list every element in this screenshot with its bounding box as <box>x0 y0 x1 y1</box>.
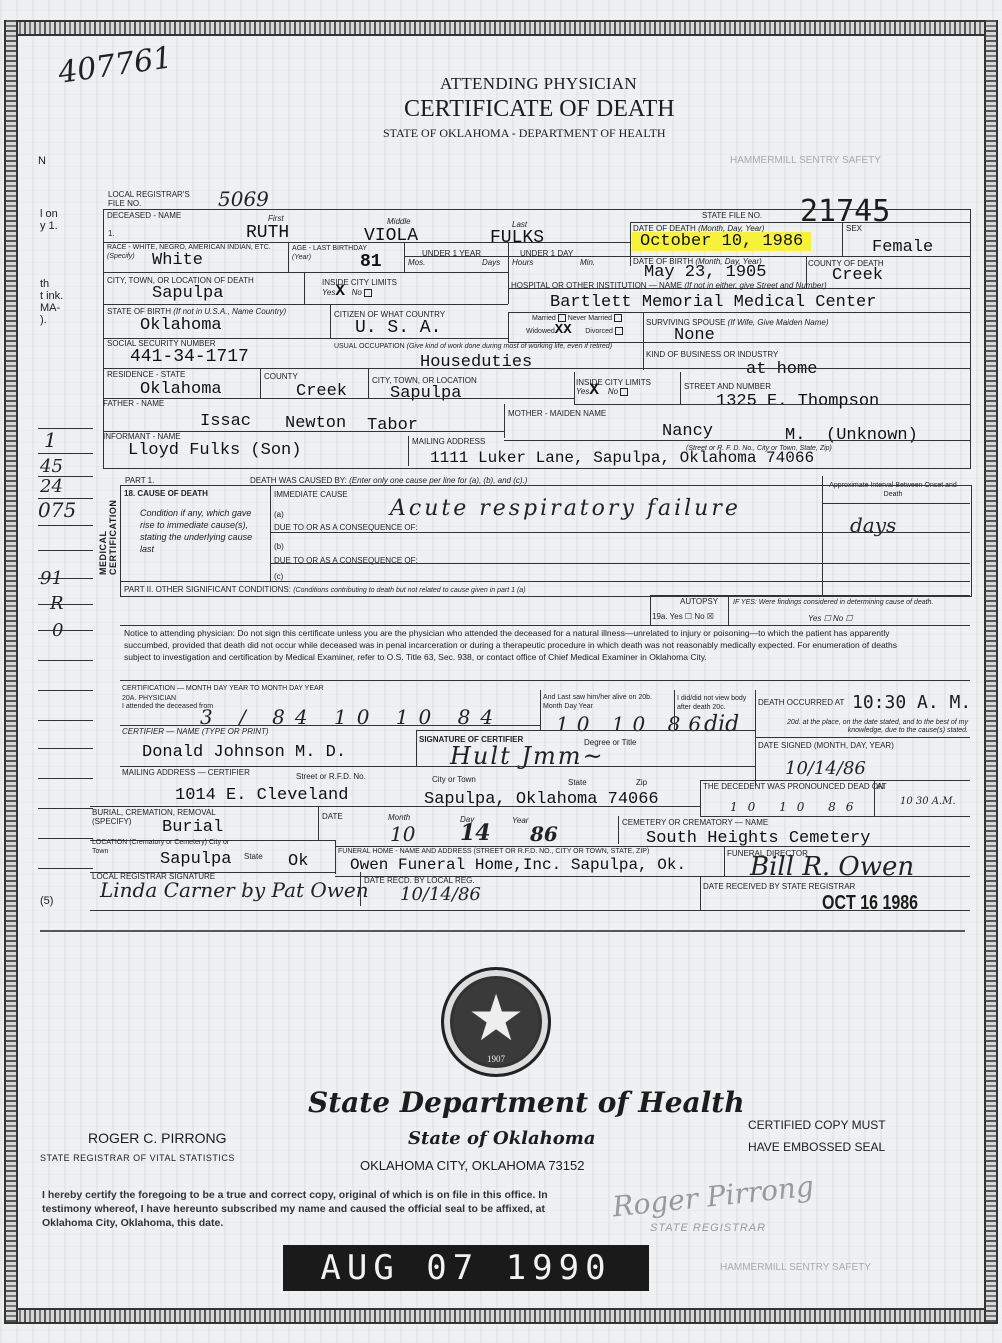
business-value: at home <box>746 360 817 379</box>
registrar-name: ROGER C. PIRRONG <box>88 1130 226 1146</box>
ifyes-label: IF YES: Were findings considered in dete… <box>733 598 963 607</box>
handwritten-id: 407761 <box>56 40 174 91</box>
at-value: 10 30 A.M. <box>900 796 956 807</box>
occurred-label: DEATH OCCURRED at <box>758 698 844 707</box>
inside-city-options[interactable]: YesX No <box>322 287 372 297</box>
hospital-value: Bartlett Memorial Medical Center <box>550 293 876 312</box>
disposition-date-label: DATE <box>322 812 343 821</box>
cert-mail-label: MAILING ADDRESS — CERTIFIER <box>122 768 250 777</box>
year-label: Year <box>512 816 528 825</box>
first-label: First <box>268 214 284 223</box>
ssn-value: 441-34-1717 <box>130 347 249 367</box>
state-recd-label: DATE RECEIVED BY STATE REGISTRAR <box>703 882 855 891</box>
date-stamp: AUG 07 1990 <box>283 1245 649 1291</box>
method-value: Burial <box>162 818 223 837</box>
condition-text: Condition if any, which gave rise to imm… <box>140 507 260 555</box>
ifyes-options[interactable]: Yes ☐ No ☐ <box>808 614 853 623</box>
department-name: State Department of Health <box>308 1086 745 1119</box>
informant-value: Lloyd Fulks (Son) <box>128 441 301 460</box>
decorative-border-bottom <box>4 1308 998 1324</box>
occupation-label: USUAL OCCUPATION (Give kind of work done… <box>334 342 634 351</box>
cause-a: Acute respiratory failure <box>390 496 741 521</box>
funeral-value: Owen Funeral Home,Inc. Sapulpa, Ok. <box>350 856 686 874</box>
month-label: Month <box>388 813 410 822</box>
middle-label: Middle <box>387 217 411 226</box>
residence-inside-options[interactable]: YesX No <box>576 386 628 396</box>
certification-label: CERTIFICATION — Month Day Year TO Month … <box>122 684 482 693</box>
due-to-label-b: DUE TO OR AS A CONSEQUENCE OF: <box>274 523 418 532</box>
sex-label: SEX <box>846 224 862 233</box>
deceased-last: FULKS <box>490 228 544 248</box>
local-file-value: 5069 <box>218 187 269 211</box>
state-recd-stamp: OCT 16 1986 <box>822 892 918 915</box>
field-number: 1. <box>108 229 115 238</box>
certify-text: I hereby certify the foregoing to be a t… <box>42 1188 597 1230</box>
cemetery-label: CEMETERY OR CREMATORY — NAME <box>622 818 768 827</box>
informant-address-label: MAILING ADDRESS <box>412 437 485 446</box>
mos-label: Mos. <box>408 258 425 267</box>
business-label: KIND OF BUSINESS OR INDUSTRY <box>646 350 778 359</box>
deceased-middle: VIOLA <box>364 226 418 246</box>
watermark-bottom: HAMMERMILL SENTRY SAFETY <box>720 1262 871 1273</box>
certified-line2: HAVE EMBOSSED SEAL <box>748 1140 885 1154</box>
medical-cert-side-label: MEDICAL CERTIFICATION <box>98 455 118 575</box>
min-label: Min. <box>580 258 595 267</box>
date-of-birth: May 23, 1905 <box>644 263 766 282</box>
caused-by-label: DEATH WAS CAUSED BY: (Enter only one cau… <box>250 476 527 485</box>
local-file-label: LOCAL REGISTRAR'S FILE NO. <box>108 190 208 208</box>
birth-state-label: STATE OF BIRTH (If not in U.S.A., Name C… <box>107 307 286 316</box>
state-name: State of Oklahoma <box>408 1128 595 1149</box>
margin-fragment: l ony 1. <box>40 208 70 232</box>
part2-label: PART II. OTHER SIGNIFICANT CONDITIONS: (… <box>124 585 526 595</box>
autopsy-options[interactable]: 19a. Yes ☐ No ☒ <box>652 612 714 621</box>
star-icon: ★ <box>464 986 528 1050</box>
occurred-note: 20d. at the place, on the date stated, a… <box>758 719 968 735</box>
location-state: Ok <box>288 852 308 871</box>
father-last: Tabor <box>367 416 418 435</box>
mother-middle: M. <box>785 426 805 445</box>
margin-coding-column: 1 45 24 075 91 R 0 <box>38 428 98 908</box>
date-signed: 10/14/86 <box>785 758 866 779</box>
signature-stamp-text: STATE REGISTRAR <box>650 1222 766 1234</box>
birth-state: Oklahoma <box>140 316 222 335</box>
residence-state-label: RESIDENCE - STATE <box>107 370 185 379</box>
date-of-death: October 10, 1986 <box>632 232 811 251</box>
date-signed-label: DATE SIGNED (Month, Day, Year) <box>758 741 894 750</box>
view-label: I did/did not view body after death 20c. <box>677 694 755 712</box>
registrar-signature: Linda Carner by Pat Owen <box>100 878 369 902</box>
header-line1: ATTENDING PHYSICIAN <box>440 74 637 94</box>
street-label: STREET AND NUMBER <box>684 382 771 391</box>
immediate-label: IMMEDIATE CAUSE <box>274 490 348 499</box>
mother-last: (Unknown) <box>826 426 918 445</box>
marital-options[interactable]: Married Never Married <box>532 314 622 323</box>
seal-year: 1907 <box>444 1054 548 1064</box>
mother-label: MOTHER - MAIDEN NAME <box>508 409 606 418</box>
disposition-month: 10 <box>390 822 415 846</box>
page-title: CERTIFICATE OF DEATH <box>404 96 675 123</box>
informant-label: INFORMANT - NAME <box>103 432 181 441</box>
line-b: (b) <box>274 542 284 551</box>
disposition-year: 86 <box>530 822 558 846</box>
age-value: 81 <box>360 252 382 272</box>
decorative-border-left <box>4 20 18 1322</box>
at-label: AT <box>877 782 887 791</box>
cert-mail-street: 1014 E. Cleveland <box>175 786 348 805</box>
watermark: HAMMERMILL SENTRY SAFETY <box>730 155 881 166</box>
residence-street: 1325 E. Thompson <box>716 392 879 411</box>
residence-city: Sapulpa <box>390 384 461 403</box>
interval-a: days <box>850 513 896 537</box>
recd-value: 10/14/86 <box>400 884 481 905</box>
state-registrar-signature: Roger Pirrong <box>611 1170 815 1224</box>
street-hint: Street or R.F.D. No. <box>296 772 366 781</box>
last-seen-value: 10 10 86 <box>556 712 709 736</box>
under-1-day-label: UNDER 1 DAY <box>520 249 573 258</box>
certificate-page: 407761 ATTENDING PHYSICIAN CERTIFICATE O… <box>0 0 1002 1343</box>
county-of-death: Creek <box>832 266 883 285</box>
certifier-name: Donald Johnson M. D. <box>142 743 346 762</box>
decorative-border-top <box>4 20 998 36</box>
marital-options-2[interactable]: WidowedXX Divorced <box>526 326 623 336</box>
occurred-value: 10:30 A. M. <box>852 692 971 713</box>
location-state-label: State <box>244 852 263 861</box>
line-c: (c) <box>274 572 283 581</box>
days-label: Days <box>482 258 500 267</box>
registrar-title: STATE REGISTRAR OF VITAL STATISTICS <box>40 1153 235 1163</box>
line-a: (a) <box>274 510 284 519</box>
autopsy-label: AUTOPSY <box>680 597 718 606</box>
inside-city-label: INSIDE CITY LIMITS <box>322 278 397 287</box>
location-city: Sapulpa <box>160 850 231 869</box>
father-first: Issac <box>200 412 251 431</box>
pronounced-value: 10 10 86 <box>730 800 863 814</box>
part1-label: PART 1. <box>125 476 154 485</box>
footer-city: OKLAHOMA CITY, OKLAHOMA 73152 <box>360 1158 584 1173</box>
sex-value: Female <box>872 238 933 257</box>
director-signature: Bill R. Owen <box>750 852 914 882</box>
due-to-label-c: DUE TO OR AS A CONSEQUENCE OF: <box>274 556 418 565</box>
certifier-label: CERTIFIER — NAME (Type or Print) <box>122 727 269 736</box>
city-hint: City or Town <box>432 775 476 784</box>
funeral-label: FUNERAL HOME - NAME AND ADDRESS (Street … <box>338 847 718 856</box>
hospital-label: HOSPITAL OR OTHER INSTITUTION — NAME (If… <box>511 281 827 290</box>
certified-line1: CERTIFIED COPY MUST <box>748 1118 886 1132</box>
notice-text: Notice to attending physician: Do not si… <box>124 627 919 663</box>
mother-first: Nancy <box>662 422 713 441</box>
state-hint: State <box>568 778 587 787</box>
view-value: did <box>704 712 739 737</box>
last-seen-label: And Last saw him/her alive on 20b. Month… <box>543 693 673 711</box>
disposition-day: 14 <box>460 820 491 846</box>
residence-state: Oklahoma <box>140 380 222 399</box>
father-label: FATHER - NAME <box>103 399 164 408</box>
city-of-death: Sapulpa <box>152 284 223 303</box>
hours-label: Hours <box>512 258 533 267</box>
deceased-first: RUTH <box>246 223 289 243</box>
citizen-value: U. S. A. <box>355 318 441 338</box>
occupation-value: Houseduties <box>420 353 532 372</box>
header-line3: STATE OF OKLAHOMA - DEPARTMENT OF HEALTH <box>383 126 666 141</box>
state-seal: ★ 1907 <box>441 967 551 1077</box>
informant-address: 1111 Luker Lane, Sapulpa, Oklahoma 74066 <box>430 449 814 467</box>
margin-fragment: tht ink.MA-). <box>40 278 80 326</box>
residence-county-label: COUNTY <box>264 372 298 381</box>
pronounced-label: THE DECEDENT was pronounced dead on <box>703 782 884 791</box>
deceased-name-label: DECEASED - NAME <box>107 211 181 220</box>
decorative-border-right <box>984 20 998 1322</box>
zip-hint: Zip <box>636 778 647 787</box>
race-value: White <box>152 251 203 270</box>
cause-label: 18. CAUSE OF DEATH <box>124 489 208 498</box>
margin-fragment: N <box>38 155 46 167</box>
